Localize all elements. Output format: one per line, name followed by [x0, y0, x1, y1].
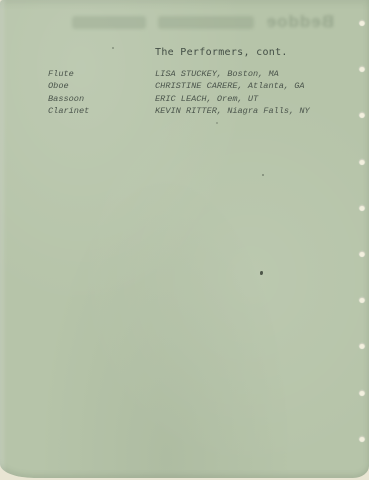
paper-smudge	[260, 271, 263, 275]
paper-speck	[112, 47, 114, 49]
performer-name-location: ERIC LEACH, Orem, UT	[155, 94, 258, 104]
performer-row: Oboe CHRISTINE CARERE, Atlanta, GA	[48, 81, 349, 93]
binding-hole	[359, 159, 365, 165]
instrument-label: Clarinet	[48, 106, 155, 116]
ghost-bleed-text: Beddoe	[266, 12, 334, 32]
performer-name-location: CHRISTINE CARERE, Atlanta, GA	[155, 81, 305, 91]
performers-list: Flute LISA STUCKEY, Boston, MA Oboe CHRI…	[48, 69, 349, 119]
binding-hole	[359, 251, 365, 257]
binding-hole	[359, 390, 365, 396]
paper-speck	[216, 122, 218, 124]
performer-row: Clarinet KEVIN RITTER, Niagra Falls, NY	[48, 106, 349, 118]
instrument-label: Oboe	[48, 81, 155, 91]
paper-speck	[262, 174, 264, 176]
performer-row: Bassoon ERIC LEACH, Orem, UT	[48, 94, 349, 106]
performer-name-location: LISA STUCKEY, Boston, MA	[155, 69, 279, 79]
binding-hole	[359, 436, 365, 442]
scanned-page-canvas: Beddoe The Performers, cont. Flute LISA …	[0, 0, 369, 480]
performer-name-location: KEVIN RITTER, Niagra Falls, NY	[155, 106, 310, 116]
binding-hole	[359, 205, 365, 211]
green-paper-sheet: Beddoe The Performers, cont. Flute LISA …	[0, 0, 369, 478]
ink-bleed-through-headline: Beddoe	[34, 10, 334, 34]
ghost-illegible-word-blob	[158, 16, 254, 29]
page-title: The Performers, cont.	[155, 47, 288, 58]
instrument-label: Bassoon	[48, 94, 155, 104]
instrument-label: Flute	[48, 69, 155, 79]
binding-hole	[359, 20, 365, 26]
performer-row: Flute LISA STUCKEY, Boston, MA	[48, 69, 349, 81]
ghost-illegible-word-blob	[72, 16, 146, 29]
